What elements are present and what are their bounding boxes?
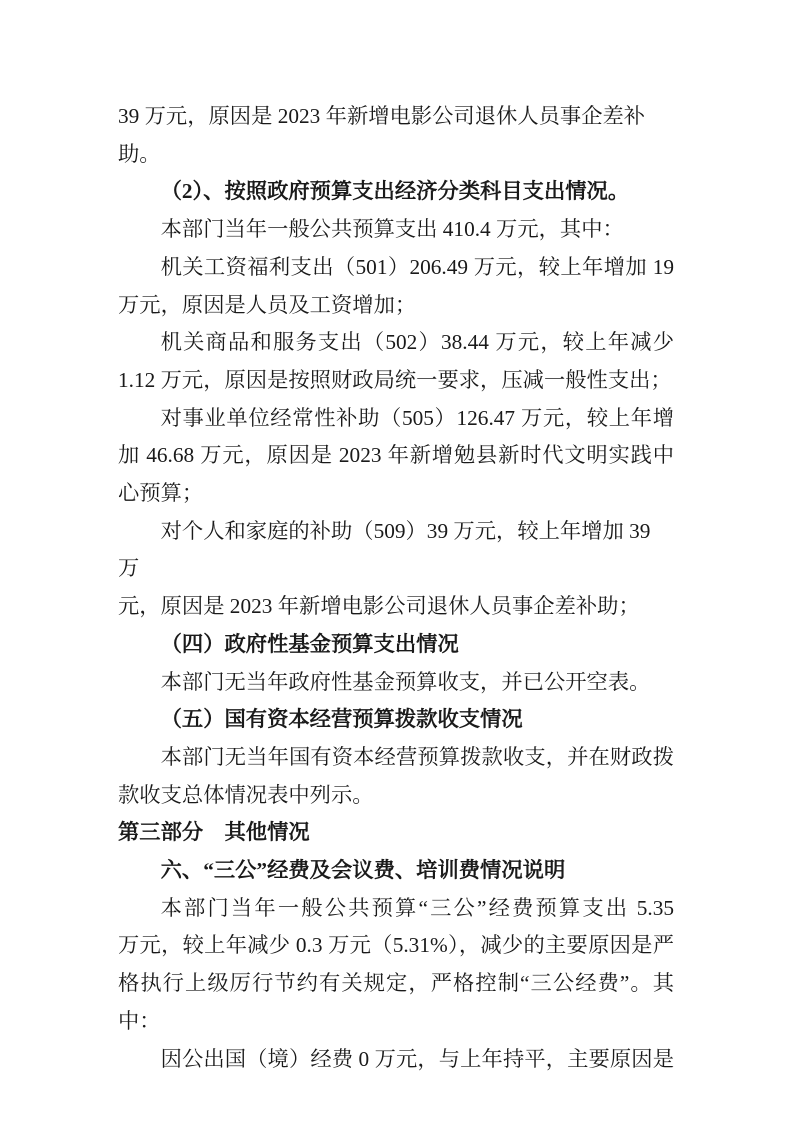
- para-overseas-expense-line1: 因公出国（境）经费 0 万元，与上年持平，主要原因是: [118, 1041, 674, 1079]
- heading-three-public-funds: 六、“三公”经费及会议费、培训费情况说明: [118, 852, 674, 890]
- para-three-public-line4: 中：: [118, 1003, 674, 1041]
- heading-gov-fund-budget: （四）政府性基金预算支出情况: [118, 626, 674, 664]
- heading-state-capital-budget: （五）国有资本经营预算拨款收支情况: [118, 701, 674, 739]
- para-three-public-line3: 格执行上级厉行节约有关规定，严格控制“三公经费”。其: [118, 965, 674, 1003]
- para-three-public-line2: 万元，较上年减少 0.3 万元（5.31%），减少的主要原因是严: [118, 927, 674, 965]
- para-505-institution-subsidy-line2: 加 46.68 万元，原因是 2023 年新增勉县新时代文明实践中: [118, 437, 674, 475]
- document-page: 39 万元，原因是 2023 年新增电影公司退休人员事企差补助。 （2）、按照政…: [0, 0, 793, 1122]
- heading-economic-classification: （2）、按照政府预算支出经济分类科目支出情况。: [118, 173, 674, 211]
- para-state-capital-budget-line2: 款收支总体情况表中列示。: [118, 777, 674, 815]
- para-501-salary-welfare-line2: 万元，原因是人员及工资增加；: [118, 287, 674, 325]
- para-509-family-subsidy-line1: 对个人和家庭的补助（509）39 万元，较上年增加 39 万: [118, 513, 674, 588]
- para-state-capital-budget-line1: 本部门无当年国有资本经营预算拨款收支，并在财政拨: [118, 739, 674, 777]
- para-total-public-budget-expenditure: 本部门当年一般公共预算支出 410.4 万元，其中：: [118, 211, 674, 249]
- para-501-salary-welfare-line1: 机关工资福利支出（501）206.49 万元，较上年增加 19: [118, 249, 674, 287]
- para-tail-509-subsidy: 39 万元，原因是 2023 年新增电影公司退休人员事企差补助。: [118, 98, 674, 173]
- para-505-institution-subsidy-line3: 心预算；: [118, 475, 674, 513]
- heading-part-three: 第三部分 其他情况: [118, 814, 674, 852]
- para-502-goods-services-line2: 1.12 万元，原因是按照财政局统一要求，压减一般性支出；: [118, 362, 674, 400]
- para-505-institution-subsidy-line1: 对事业单位经常性补助（505）126.47 万元，较上年增: [118, 400, 674, 438]
- para-gov-fund-budget: 本部门无当年政府性基金预算收支，并已公开空表。: [118, 664, 674, 702]
- para-three-public-line1: 本部门当年一般公共预算“三公”经费预算支出 5.35: [118, 890, 674, 928]
- document-body: 39 万元，原因是 2023 年新增电影公司退休人员事企差补助。 （2）、按照政…: [118, 98, 674, 1078]
- para-502-goods-services-line1: 机关商品和服务支出（502）38.44 万元，较上年减少: [118, 324, 674, 362]
- para-509-family-subsidy-line2: 元，原因是 2023 年新增电影公司退休人员事企差补助；: [118, 588, 674, 626]
